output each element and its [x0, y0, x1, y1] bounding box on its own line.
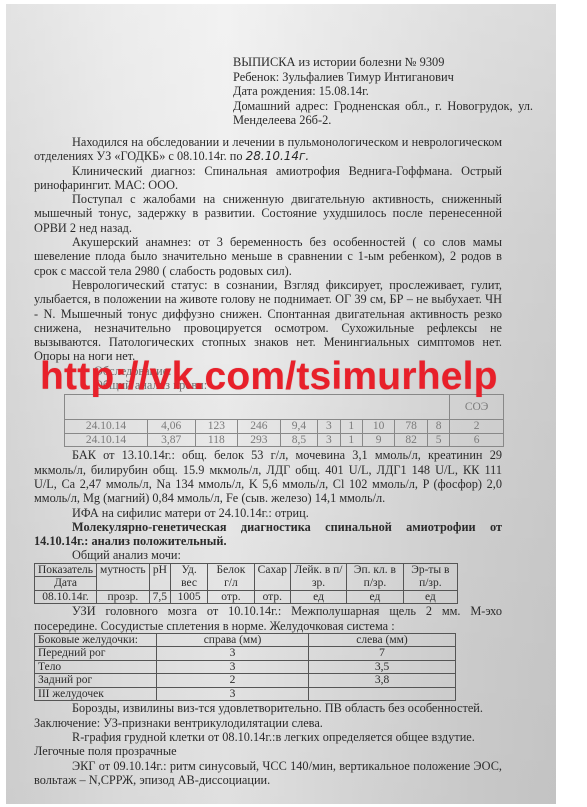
table-row: 24.10.143,871182938,53198256 — [65, 433, 504, 447]
table-row: 08.10.14г.прозр.7,51005отр.отр.едедед — [35, 590, 458, 604]
neuro-status-paragraph: Неврологический статус: в сознании, Взгл… — [34, 278, 502, 364]
obstetric-paragraph: Акушерский анамнез: от 3 беременность бе… — [34, 235, 502, 278]
diagnosis-paragraph: Клинический диагноз: Спинальная амиотроф… — [34, 164, 502, 193]
syphilis-test: ИФА на сифилис матери от 24.10.14г.: отр… — [34, 506, 502, 520]
birth-date: Дата рождения: 15.08.14г. — [233, 84, 533, 99]
table-row: III желудочек3 — [35, 687, 456, 701]
table-row: 24.10.144,061232469,431107882 — [65, 420, 504, 434]
watermark-link[interactable]: http://vk.com/tsimurhelp — [40, 355, 498, 399]
document-header: ВЫПИСКА из истории болезни № 9309 Ребено… — [233, 55, 533, 128]
patient-name: Ребенок: Зульфалиев Тимур Интиганович — [233, 70, 533, 85]
table-row: Показатель мутность pH Уд. вес Белок г/л… — [35, 563, 458, 577]
complaints-paragraph: Поступал с жалобами на сниженную двигате… — [34, 192, 502, 235]
biochem-paragraph: БАК от 13.10.14г.: общ. белок 53 г/л, мо… — [34, 448, 502, 505]
admission-paragraph: Находился на обследовании и лечении в пу… — [34, 135, 502, 164]
ecg-paragraph: ЭКГ от 09.10.14г.: ритм синусовый, ЧСС 1… — [34, 759, 502, 788]
urine-heading: Общий анализ мочи: — [34, 548, 502, 562]
table-row: Тело33,5 — [35, 660, 456, 674]
urine-test-table: Показатель мутность pH Уд. вес Белок г/л… — [34, 563, 458, 605]
document-body: Находился на обследовании и лечении в пу… — [34, 135, 502, 787]
blood-test-table: СОЭ 24.10.144,061232469,431107882 24.10.… — [64, 394, 504, 447]
conclusion-paragraph: Заключение: УЗ-признаки вентрикулодилята… — [34, 716, 502, 730]
table-row: Боковые желудочки: справа (мм) слева (мм… — [35, 633, 456, 647]
table-row: Задний рог23,8 — [35, 674, 456, 688]
ventricle-table: Боковые желудочки: справа (мм) слева (мм… — [34, 633, 456, 702]
genetic-test: Молекулярно-генетическая диагностика спи… — [34, 520, 502, 549]
home-address: Домашний адрес: Гродненская обл., г. Нов… — [233, 99, 533, 128]
brain-ultrasound: УЗИ головного мозга от 10.10.14г.: Межпо… — [34, 604, 502, 633]
xray-continuation: Легочные поля прозрачные — [34, 744, 502, 758]
handwritten-discharge-date: 28.10.14г. — [246, 149, 310, 163]
xray-paragraph: R-графия грудной клетки от 08.10.14г.:в … — [34, 730, 502, 744]
document-title: ВЫПИСКА из истории болезни № 9309 — [233, 55, 533, 70]
table-row: Передний рог37 — [35, 647, 456, 661]
sulci-paragraph: Борозды, извилины виз-тся удовлетворител… — [34, 701, 502, 715]
